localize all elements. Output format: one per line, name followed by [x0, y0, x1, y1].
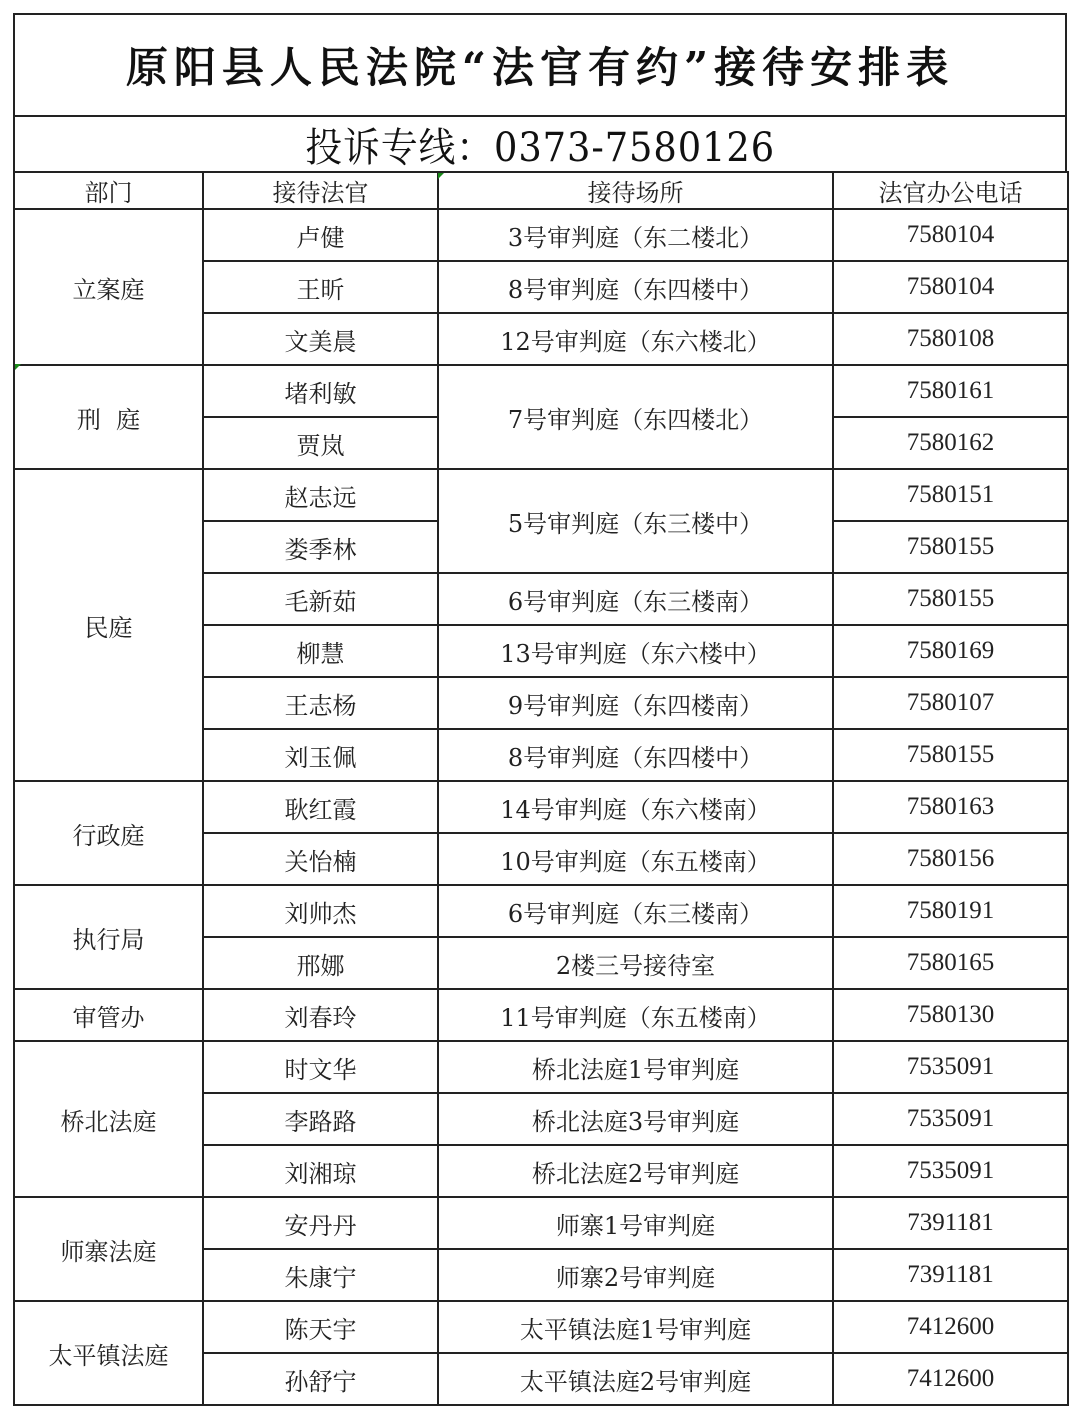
judge-cell: 刘湘琼: [203, 1145, 438, 1197]
table-row: 桥北法庭 时文华 桥北法庭1号审判庭 7535091: [14, 1041, 1068, 1093]
judge-cell: 邢娜: [203, 937, 438, 989]
complaint-hotline: 投诉专线：0373-7580126: [305, 116, 775, 173]
department-cell: 执行局: [14, 885, 203, 989]
judge-cell: 时文华: [203, 1041, 438, 1093]
department-cell: 民庭: [14, 469, 203, 781]
phone-cell: 7412600: [833, 1301, 1068, 1353]
location-cell: 2楼三号接待室: [438, 937, 833, 989]
location-cell: 师寨2号审判庭: [438, 1249, 833, 1301]
judge-cell: 刘帅杰: [203, 885, 438, 937]
department-cell: 审管办: [14, 989, 203, 1041]
department-cell: 师寨法庭: [14, 1197, 203, 1301]
phone-cell: 7580155: [833, 521, 1068, 573]
phone-cell: 7391181: [833, 1197, 1068, 1249]
column-header-department: 部门: [14, 172, 203, 209]
judge-cell: 贾岚: [203, 417, 438, 469]
phone-cell: 7580108: [833, 313, 1068, 365]
location-cell: 桥北法庭3号审判庭: [438, 1093, 833, 1145]
location-cell: 师寨1号审判庭: [438, 1197, 833, 1249]
column-header-phone: 法官办公电话: [833, 172, 1068, 209]
judge-cell: 王昕: [203, 261, 438, 313]
location-cell: 13号审判庭（东六楼中）: [438, 625, 833, 677]
location-cell: 桥北法庭1号审判庭: [438, 1041, 833, 1093]
phone-cell: 7580169: [833, 625, 1068, 677]
phone-cell: 7580156: [833, 833, 1068, 885]
phone-cell: 7535091: [833, 1041, 1068, 1093]
location-cell: 8号审判庭（东四楼中）: [438, 261, 833, 313]
judge-cell: 毛新茹: [203, 573, 438, 625]
judge-cell: 娄季林: [203, 521, 438, 573]
department-cell: 立案庭: [14, 209, 203, 365]
judge-cell: 安丹丹: [203, 1197, 438, 1249]
judge-cell: 陈天宇: [203, 1301, 438, 1353]
phone-cell: 7580104: [833, 261, 1068, 313]
department-cell: 桥北法庭: [14, 1041, 203, 1197]
location-cell: 桥北法庭2号审判庭: [438, 1145, 833, 1197]
location-cell: 8号审判庭（东四楼中）: [438, 729, 833, 781]
location-cell: 5号审判庭（东三楼中）: [438, 469, 833, 573]
location-cell: 太平镇法庭1号审判庭: [438, 1301, 833, 1353]
hotline-row: 投诉专线：0373-7580126: [13, 115, 1067, 171]
phone-cell: 7580165: [833, 937, 1068, 989]
phone-cell: 7580163: [833, 781, 1068, 833]
cell-note-marker-icon: [15, 364, 21, 370]
table-row: 立案庭 卢健 3号审判庭（东二楼北） 7580104: [14, 209, 1068, 261]
header-row: 部门 接待法官 接待场所 法官办公电话: [14, 172, 1068, 209]
phone-cell: 7412600: [833, 1353, 1068, 1405]
phone-cell: 7535091: [833, 1093, 1068, 1145]
table-row: 刑 庭 堵利敏 7号审判庭（东四楼北） 7580161: [14, 365, 1068, 417]
phone-cell: 7391181: [833, 1249, 1068, 1301]
table-row: 太平镇法庭 陈天宇 太平镇法庭1号审判庭 7412600: [14, 1301, 1068, 1353]
phone-cell: 7580162: [833, 417, 1068, 469]
location-cell: 10号审判庭（东五楼南）: [438, 833, 833, 885]
table-row: 师寨法庭 安丹丹 师寨1号审判庭 7391181: [14, 1197, 1068, 1249]
judge-cell: 柳慧: [203, 625, 438, 677]
phone-cell: 7580104: [833, 209, 1068, 261]
phone-cell: 7535091: [833, 1145, 1068, 1197]
phone-cell: 7580161: [833, 365, 1068, 417]
phone-cell: 7580155: [833, 729, 1068, 781]
location-cell: 7号审判庭（东四楼北）: [438, 365, 833, 469]
phone-cell: 7580107: [833, 677, 1068, 729]
location-cell: 6号审判庭（东三楼南）: [438, 573, 833, 625]
location-cell: 太平镇法庭2号审判庭: [438, 1353, 833, 1405]
judge-cell: 刘玉佩: [203, 729, 438, 781]
cell-note-marker-icon: [438, 173, 444, 179]
phone-cell: 7580191: [833, 885, 1068, 937]
location-cell: 14号审判庭（东六楼南）: [438, 781, 833, 833]
table-row: 执行局 刘帅杰 6号审判庭（东三楼南） 7580191: [14, 885, 1068, 937]
location-cell: 6号审判庭（东三楼南）: [438, 885, 833, 937]
title-row: 原阳县人民法院“法官有约”接待安排表: [13, 13, 1067, 115]
judge-cell: 朱康宁: [203, 1249, 438, 1301]
table-row: 民庭 赵志远 5号审判庭（东三楼中） 7580151: [14, 469, 1068, 521]
phone-cell: 7580155: [833, 573, 1068, 625]
judge-cell: 孙舒宁: [203, 1353, 438, 1405]
judge-cell: 卢健: [203, 209, 438, 261]
location-cell: 3号审判庭（东二楼北）: [438, 209, 833, 261]
phone-cell: 7580130: [833, 989, 1068, 1041]
column-header-location: 接待场所: [438, 172, 833, 209]
phone-cell: 7580151: [833, 469, 1068, 521]
column-header-judge: 接待法官: [203, 172, 438, 209]
department-cell: 太平镇法庭: [14, 1301, 203, 1405]
judge-cell: 王志杨: [203, 677, 438, 729]
table-row: 行政庭 耿红霞 14号审判庭（东六楼南） 7580163: [14, 781, 1068, 833]
reception-schedule-table: 部门 接待法官 接待场所 法官办公电话 立案庭 卢健 3号审判庭（东二楼北） 7…: [13, 171, 1069, 1406]
judge-cell: 文美晨: [203, 313, 438, 365]
department-cell: 刑 庭: [14, 365, 203, 469]
judge-cell: 赵志远: [203, 469, 438, 521]
schedule-sheet: 原阳县人民法院“法官有约”接待安排表 投诉专线：0373-7580126 部门 …: [13, 13, 1067, 1406]
department-cell: 行政庭: [14, 781, 203, 885]
judge-cell: 刘春玲: [203, 989, 438, 1041]
judge-cell: 关怡楠: [203, 833, 438, 885]
location-cell: 11号审判庭（东五楼南）: [438, 989, 833, 1041]
location-cell: 9号审判庭（东四楼南）: [438, 677, 833, 729]
location-cell: 12号审判庭（东六楼北）: [438, 313, 833, 365]
judge-cell: 堵利敏: [203, 365, 438, 417]
judge-cell: 李路路: [203, 1093, 438, 1145]
table-row: 审管办 刘春玲 11号审判庭（东五楼南） 7580130: [14, 989, 1068, 1041]
judge-cell: 耿红霞: [203, 781, 438, 833]
page-title: 原阳县人民法院“法官有约”接待安排表: [126, 35, 954, 95]
